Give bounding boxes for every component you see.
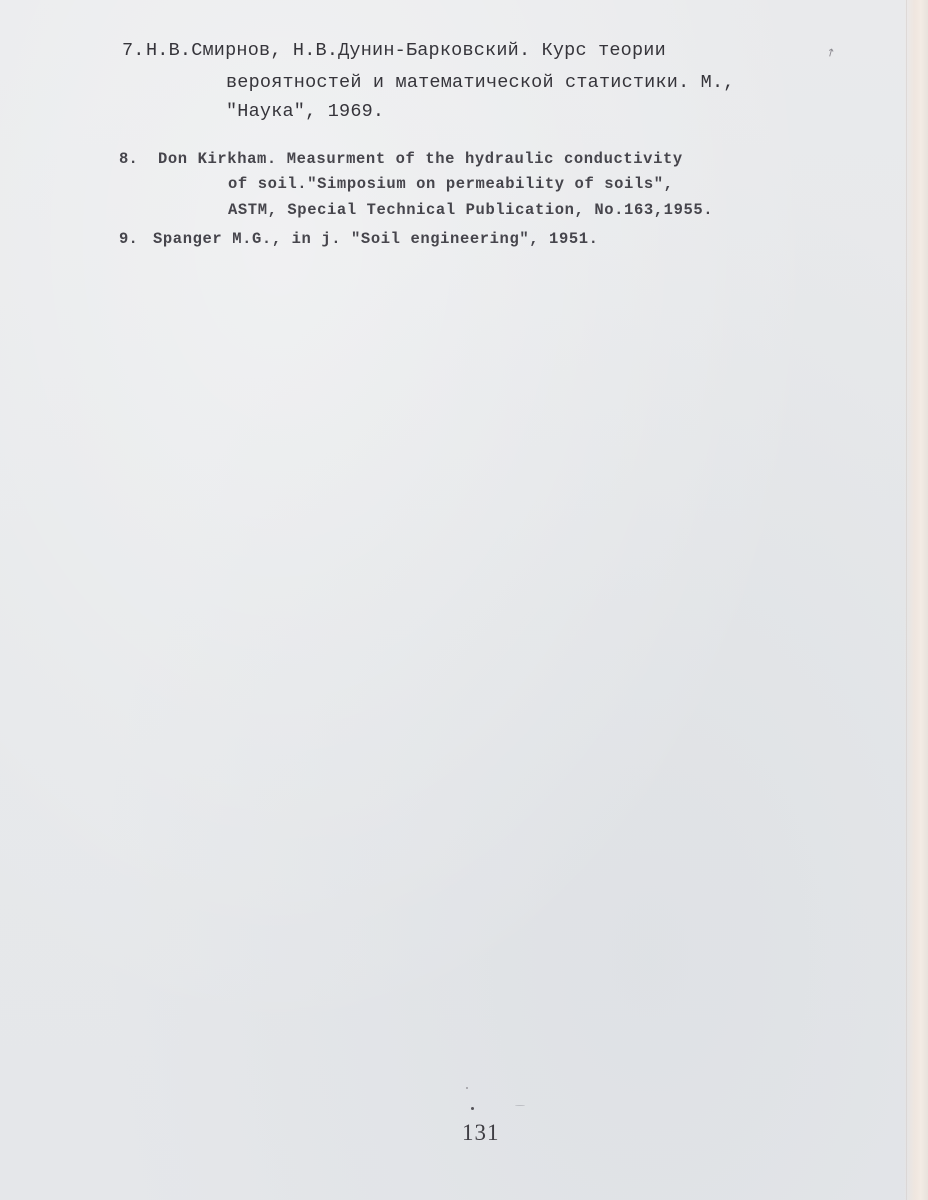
ink-speck: [515, 1105, 525, 1106]
reference-number: 7.: [122, 40, 145, 61]
reference-9: 9. Spanger M.G., in j. "Soil engineering…: [0, 0, 38, 72]
margin-pencil-mark: ↗: [823, 45, 837, 61]
reference-number: 8.: [119, 150, 138, 168]
page-number: 131: [462, 1120, 500, 1146]
reference-line: Н.В.Смирнов, Н.В.Дунин-Барковский. Курс …: [146, 40, 666, 61]
ink-speck: [466, 1087, 468, 1089]
reference-line: "Наука", 1969.: [226, 101, 384, 122]
document-page: ↗ 7. Н.В.Смирнов, Н.В.Дунин-Барковский. …: [0, 0, 928, 1200]
reference-line: Don Kirkham. Measurment of the hydraulic…: [158, 150, 683, 168]
reference-line: ASTM, Special Technical Publication, No.…: [228, 201, 713, 219]
reference-line: of soil."Simposium on permeability of so…: [228, 175, 674, 193]
ink-speck: [471, 1107, 474, 1110]
reference-line: вероятностей и математической статистики…: [226, 72, 735, 93]
reference-number: 9.: [119, 230, 138, 248]
page-edge: [904, 0, 928, 1200]
page-edge-line: [906, 0, 907, 1200]
reference-line: Spanger M.G., in j. "Soil engineering", …: [153, 230, 599, 248]
